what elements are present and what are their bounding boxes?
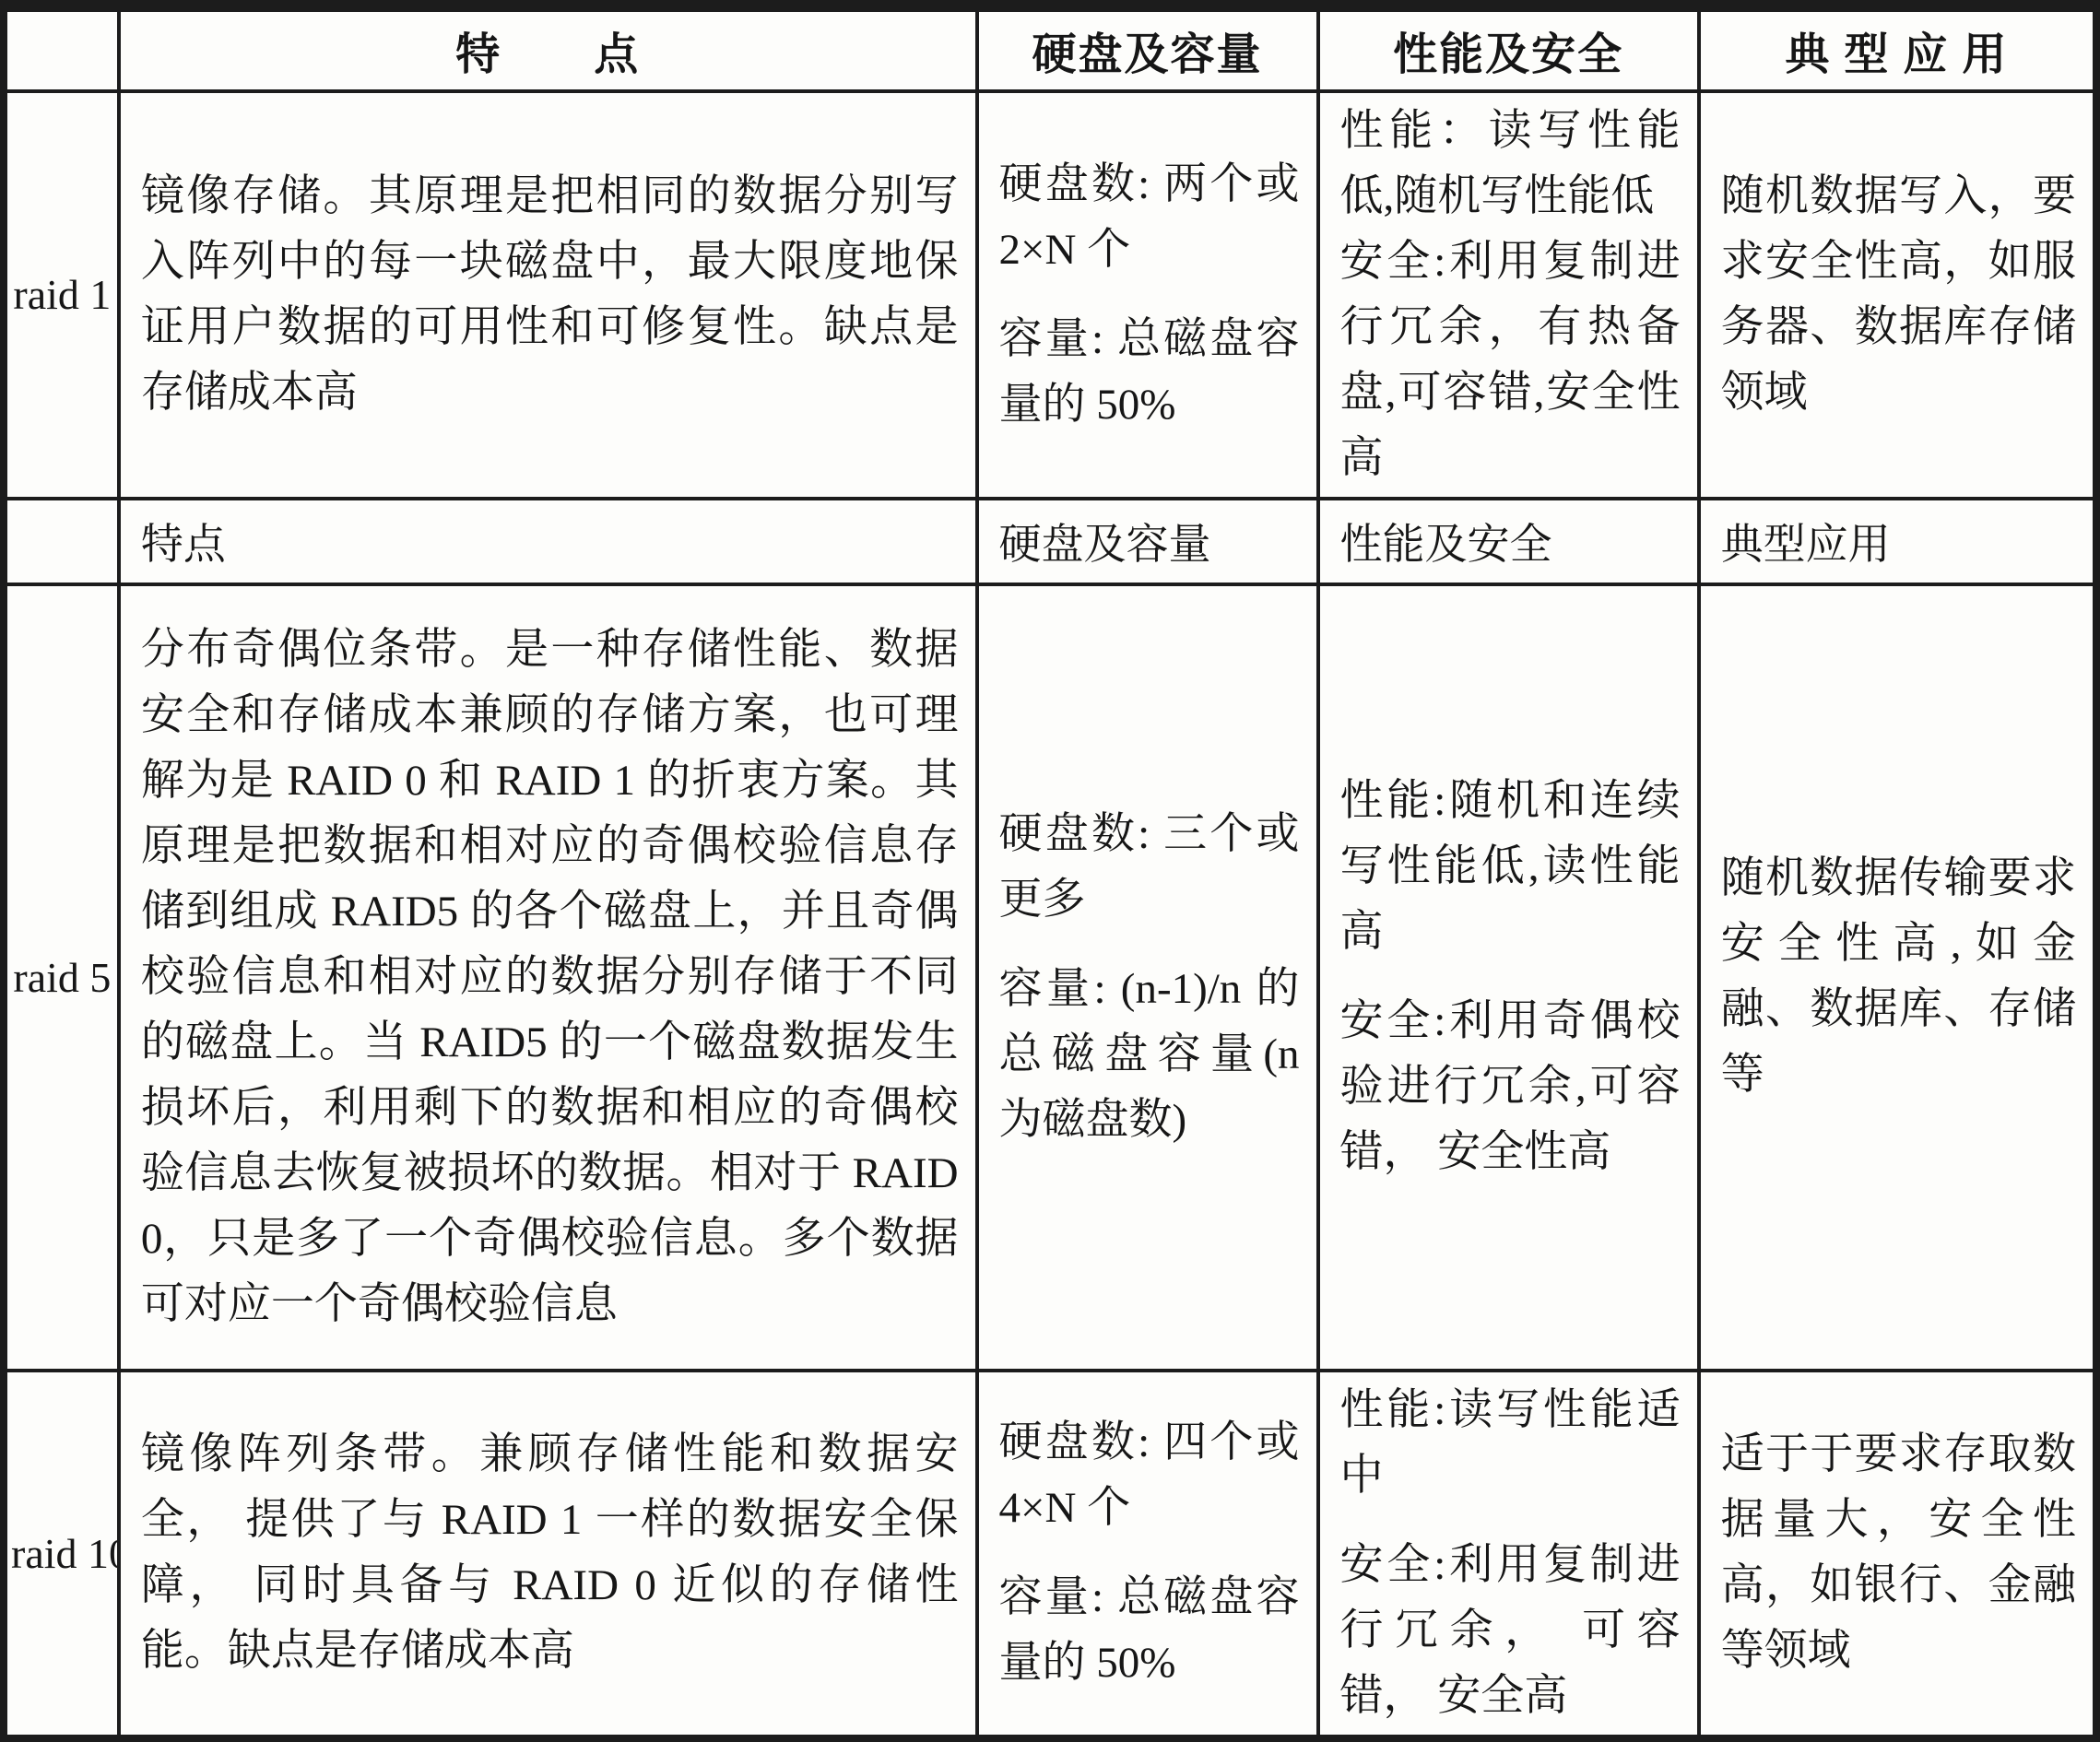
raid1-applications-cell: 随机数据写入，要求安全性高，如服务器、数据库存储领域 xyxy=(1699,91,2096,499)
table-row-raid1: raid 1 镜像存储。其原理是把相同的数据分别写入阵列中的每一块磁盘中，最大限… xyxy=(4,91,2096,499)
raid5-features-cell: 分布奇偶位条带。是一种存储性能、数据安全和存储成本兼顾的存储方案，也可理解为是 … xyxy=(119,584,977,1371)
paragraph: 容量: 总磁盘容量的 50% xyxy=(999,307,1300,438)
raid5-disks-cell: 硬盘数: 三个或更多 容量: (n-1)/n 的总磁盘容量(n 为磁盘数) xyxy=(977,584,1318,1371)
raid5-label: raid 5 xyxy=(4,584,119,1371)
raid10-disks-cell: 硬盘数: 四个或 4×N 个 容量: 总磁盘容量的 50% xyxy=(977,1371,1318,1738)
mid-header-applications: 典型应用 xyxy=(1699,499,2096,584)
header-disks: 硬盘及容量 xyxy=(977,6,1318,91)
table-mid-header-row: 特点 硬盘及容量 性能及安全 典型应用 xyxy=(4,499,2096,584)
paragraph: 性能：读写性能低,随机写性能低 xyxy=(1340,99,1681,230)
raid1-disks-cell: 硬盘数: 两个或 2×N 个 容量: 总磁盘容量的 50% xyxy=(977,91,1318,499)
paragraph: 安全:利用复制进行冗余，有热备盘,可容错,安全性高 xyxy=(1340,230,1681,491)
header-applications: 典 型 应 用 xyxy=(1699,6,2096,91)
header-features: 特 点 xyxy=(119,6,977,91)
table-row-raid5: raid 5 分布奇偶位条带。是一种存储性能、数据安全和存储成本兼顾的存储方案，… xyxy=(4,584,2096,1371)
table-row-raid10: raid 10 镜像阵列条带。兼顾存储性能和数据安全， 提供了与 RAID 1 … xyxy=(4,1371,2096,1738)
paragraph: 容量: 总磁盘容量的 50% xyxy=(999,1565,1300,1696)
paragraph: 硬盘数: 四个或 4×N 个 xyxy=(999,1410,1300,1541)
raid1-label: raid 1 xyxy=(4,91,119,499)
paragraph: 安全:利用复制进行冗余， 可容错， 安全高 xyxy=(1340,1533,1681,1729)
raid1-features-cell: 镜像存储。其原理是把相同的数据分别写入阵列中的每一块磁盘中，最大限度地保证用户数… xyxy=(119,91,977,499)
mid-header-features: 特点 xyxy=(119,499,977,584)
header-performance: 性能及安全 xyxy=(1318,6,1699,91)
paragraph: 性能:随机和连续写性能低,读性能高 xyxy=(1340,769,1681,965)
raid5-performance-cell: 性能:随机和连续写性能低,读性能高 安全:利用奇偶校验进行冗余,可容错， 安全性… xyxy=(1318,584,1699,1371)
paragraph: 安全:利用奇偶校验进行冗余,可容错， 安全性高 xyxy=(1340,989,1681,1185)
table-header-row: 特 点 硬盘及容量 性能及安全 典 型 应 用 xyxy=(4,6,2096,91)
paragraph: 硬盘数: 两个或 2×N 个 xyxy=(999,152,1300,283)
mid-header-performance: 性能及安全 xyxy=(1318,499,1699,584)
raid5-applications-cell: 随机数据传输要求安全性高,如金融、数据库、存储等 xyxy=(1699,584,2096,1371)
paragraph: 硬盘数: 三个或更多 xyxy=(999,802,1300,933)
paragraph: 容量: (n-1)/n 的总磁盘容量(n 为磁盘数) xyxy=(999,957,1300,1153)
raid-comparison-table: 特 点 硬盘及容量 性能及安全 典 型 应 用 raid 1 镜像存储。其原理是… xyxy=(0,0,2100,1742)
mid-header-disks: 硬盘及容量 xyxy=(977,499,1318,584)
raid10-applications-cell: 适于于要求存取数据量大，安全性高，如银行、金融等领域 xyxy=(1699,1371,2096,1738)
raid10-performance-cell: 性能:读写性能适中 安全:利用复制进行冗余， 可容错， 安全高 xyxy=(1318,1371,1699,1738)
raid10-features-cell: 镜像阵列条带。兼顾存储性能和数据安全， 提供了与 RAID 1 一样的数据安全保… xyxy=(119,1371,977,1738)
header-raid-blank xyxy=(4,6,119,91)
paragraph: 性能:读写性能适中 xyxy=(1340,1378,1681,1509)
scanned-document-page: 特 点 硬盘及容量 性能及安全 典 型 应 用 raid 1 镜像存储。其原理是… xyxy=(0,0,2100,1698)
mid-header-blank xyxy=(4,499,119,584)
raid10-label: raid 10 xyxy=(4,1371,119,1738)
raid1-performance-cell: 性能：读写性能低,随机写性能低 安全:利用复制进行冗余，有热备盘,可容错,安全性… xyxy=(1318,91,1699,499)
